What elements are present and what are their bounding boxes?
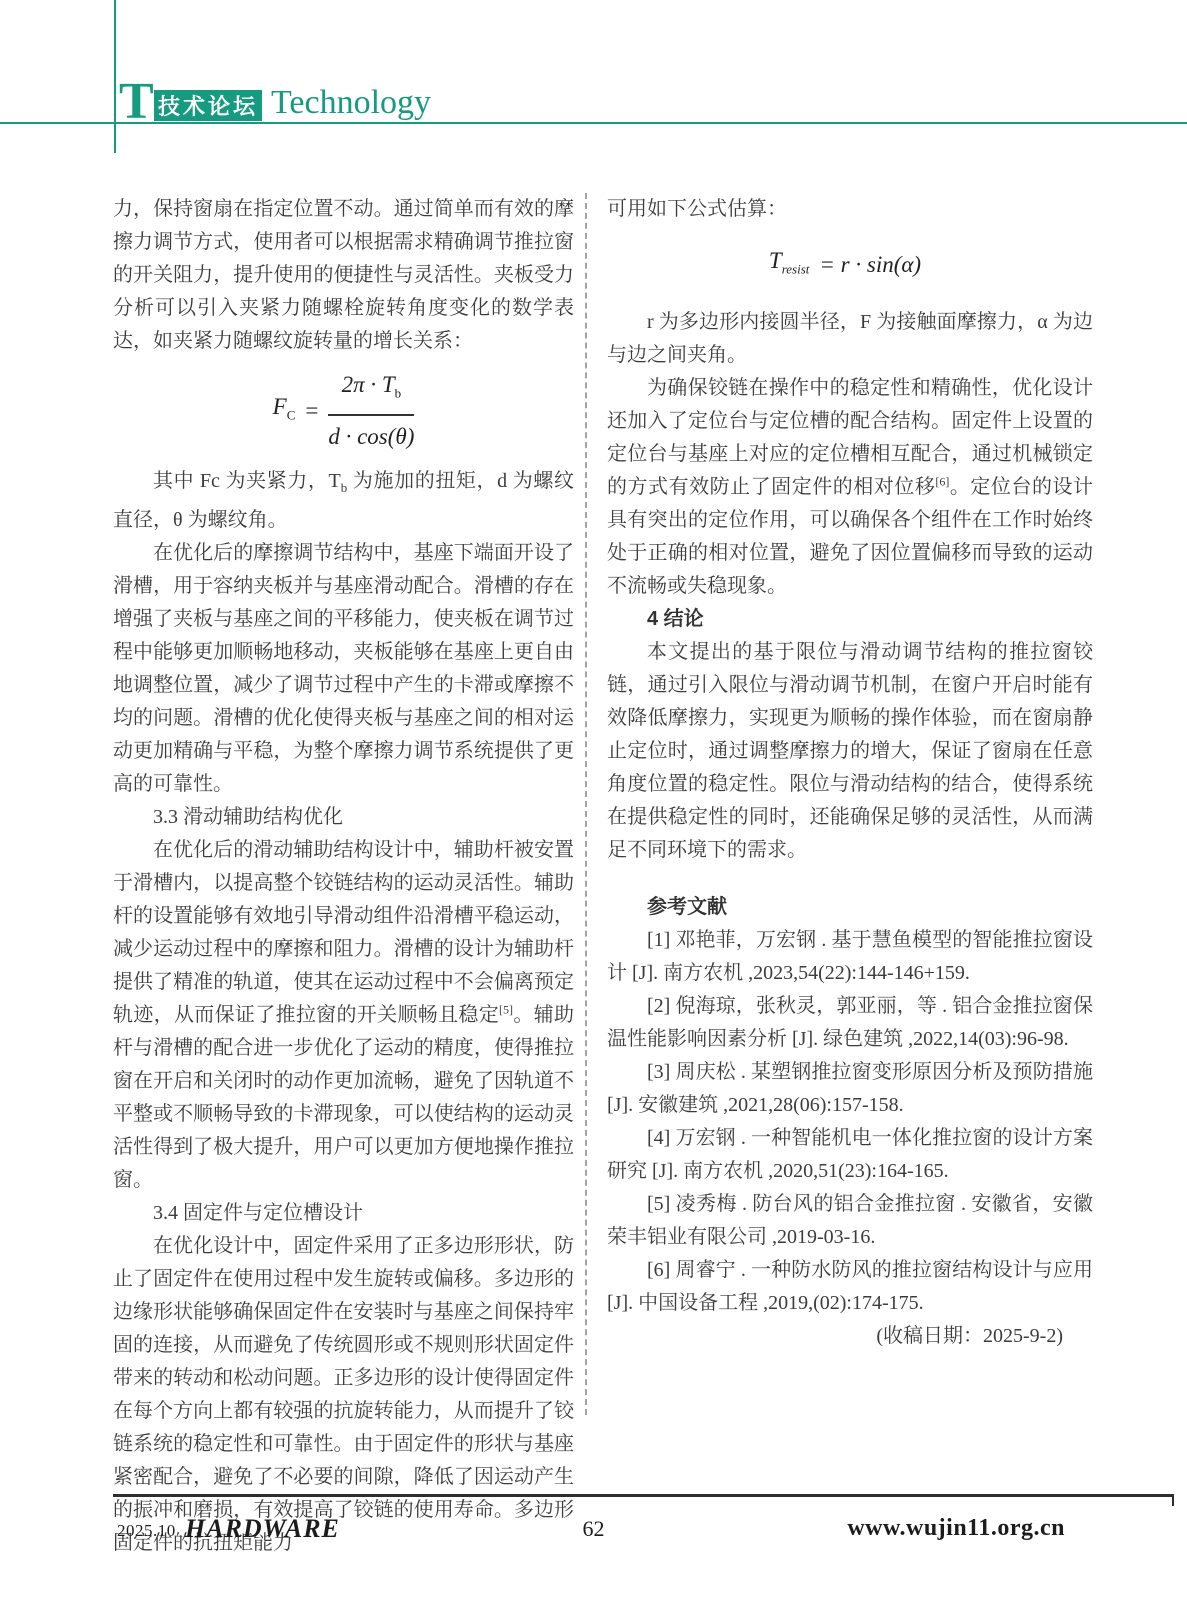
section-logo-chinese-label: 技术论坛 <box>158 90 258 121</box>
footer: 2025.10 HARDWARE 62 www.wujin11.org.cn <box>0 1512 1187 1552</box>
reference-item-2: [2] 倪海琼，张秋灵，郭亚丽，等 . 铝合金推拉窗保温性能影响因素分析 [J]… <box>607 990 1093 1056</box>
formula-resist-torque: Tresist = r · sin(α) <box>607 244 1093 286</box>
header-vertical-rule <box>114 0 116 153</box>
section-heading-3-3: 3.3 滑动辅助结构优化 <box>113 801 574 834</box>
formula-fraction: 2π · Tb d · cos(θ) <box>328 368 414 453</box>
references-heading: 参考文献 <box>607 891 1093 924</box>
journal-page: T 技术论坛 Technology 力，保持窗扇在指定位置不动。通过简单而有效的… <box>0 0 1187 1600</box>
paragraph-variable-definitions: r 为多边形内接圆半径，F 为接触面摩擦力，α 为边与边之间夹角。 <box>607 306 1093 372</box>
formula-numerator: 2π · Tb <box>328 368 414 416</box>
footer-page-number: 62 <box>583 1516 605 1542</box>
paragraph-formula-intro: 可用如下公式估算： <box>607 193 1093 226</box>
footer-issue: 2025.10 <box>117 1521 176 1541</box>
paragraph-polygon-fastener: 在优化设计中，固定件采用了正多边形形状，防止了固定件在使用过程中发生旋转或偏移。… <box>113 1230 574 1560</box>
header-horizontal-rule <box>0 122 1187 124</box>
section-heading-3-4: 3.4 固定件与定位槽设计 <box>113 1197 574 1230</box>
reference-item-5: [5] 凌秀梅 . 防台风的铝合金推拉窗 . 安徽省，安徽荣丰铝业有限公司 ,2… <box>607 1188 1093 1254</box>
paragraph-slide-groove: 在优化后的摩擦调节结构中，基座下端面开设了滑槽，用于容纳夹板并与基座滑动配合。滑… <box>113 537 574 801</box>
reference-item-3: [3] 周庆松 . 某塑钢推拉窗变形原因分析及预防措施 [J]. 安徽建筑 ,2… <box>607 1056 1093 1122</box>
left-column: 力，保持窗扇在指定位置不动。通过简单而有效的摩擦力调节方式，使用者可以根据需求精… <box>113 193 574 1560</box>
footer-brand: HARDWARE <box>185 1514 340 1544</box>
formula-lhs: Tresist <box>769 244 810 286</box>
section-heading-conclusion: 4 结论 <box>607 603 1093 636</box>
section-logo-badge: 技术论坛 <box>154 90 262 121</box>
section-logo-letter: T <box>119 80 154 124</box>
paragraph-friction-adjustment: 力，保持窗扇在指定位置不动。通过简单而有效的摩擦力调节方式，使用者可以根据需求精… <box>113 193 574 358</box>
reference-item-4: [4] 万宏钢 . 一种智能机电一体化推拉窗的设计方案研究 [J]. 南方农机 … <box>607 1122 1093 1188</box>
column-divider <box>585 193 587 1415</box>
paragraph-conclusion: 本文提出的基于限位与滑动调节结构的推拉窗铰链，通过引入限位与滑动调节机制，在窗户… <box>607 636 1093 867</box>
formula-lhs: FC <box>273 390 296 432</box>
reference-item-1: [1] 邓艳菲，万宏钢 . 基于慧鱼模型的智能推拉窗设计 [J]. 南方农机 ,… <box>607 924 1093 990</box>
article-body: 力，保持窗扇在指定位置不动。通过简单而有效的摩擦力调节方式，使用者可以根据需求精… <box>113 193 1093 1560</box>
paragraph-auxiliary-rod: 在优化后的滑动辅助结构设计中，辅助杆被安置于滑槽内，以提高整个铰链结构的运动灵活… <box>113 834 574 1197</box>
footer-rule <box>113 1494 1174 1497</box>
formula-denominator: d · cos(θ) <box>328 416 414 453</box>
reference-item-6: [6] 周睿宁 . 一种防水防风的推拉窗结构设计与应用 [J]. 中国设备工程 … <box>607 1254 1093 1320</box>
footer-rule-end-tick <box>1172 1494 1174 1506</box>
paragraph-locating-platform: 为确保铰链在操作中的稳定性和精确性，优化设计还加入了定位台与定位槽的配合结构。固… <box>607 372 1093 603</box>
citation-6: [6] <box>935 474 949 488</box>
formula-equals: = <box>305 394 318 427</box>
footer-website: www.wujin11.org.cn <box>847 1515 1065 1542</box>
citation-5: [5] <box>499 1002 513 1016</box>
formula-clamping-force: FC = 2π · Tb d · cos(θ) <box>113 368 574 453</box>
section-logo-english-label: Technology <box>271 84 431 122</box>
formula-rhs: = r · sin(α) <box>819 248 921 281</box>
paragraph-symbol-definitions: 其中 Fc 为夹紧力，Tb 为施加的扭矩，d 为螺纹直径，θ 为螺纹角。 <box>113 465 574 537</box>
received-date: (收稿日期：2025-9-2) <box>607 1320 1093 1353</box>
right-column: 可用如下公式估算： Tresist = r · sin(α) r 为多边形内接圆… <box>607 193 1093 1560</box>
